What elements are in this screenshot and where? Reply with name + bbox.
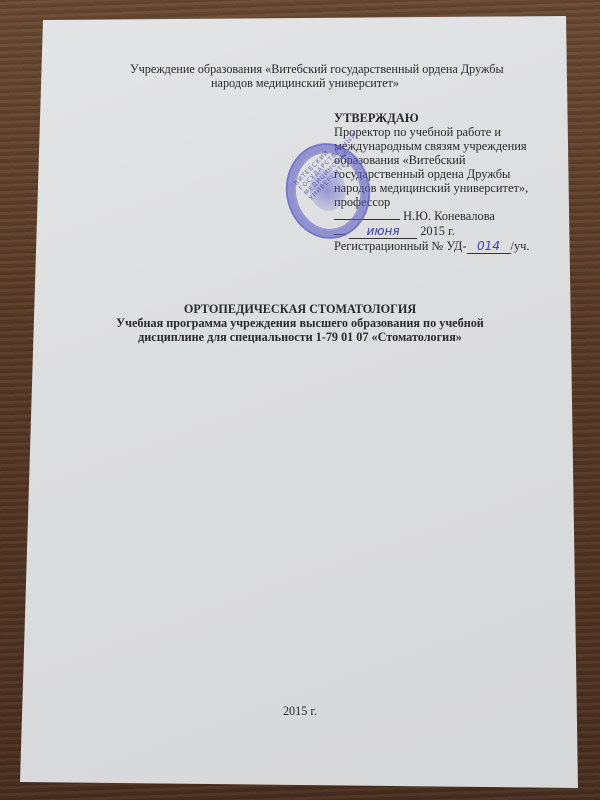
- registration-prefix: Регистрационный № УД-: [334, 239, 467, 253]
- signatory-name: Н.Ю. Коневалова: [403, 209, 495, 223]
- document-subtitle-line-2: дисциплине для специальности 1-79 01 07 …: [110, 330, 490, 344]
- approval-year: 2015 г.: [420, 224, 455, 238]
- document-title: ОРТОПЕДИЧЕСКАЯ СТОМАТОЛОГИЯ: [110, 302, 490, 316]
- institution-line-2: народов медицинский университет»: [130, 76, 480, 90]
- registration-suffix: /уч.: [511, 239, 530, 253]
- registration-line: Регистрационный № УД-014/уч.: [334, 239, 529, 254]
- handwritten-month: июня: [367, 224, 400, 238]
- document-page: [0, 0, 600, 800]
- approval-heading: УТВЕРЖДАЮ: [334, 111, 419, 125]
- registration-number: 014: [477, 239, 500, 253]
- footer-year: 2015 г.: [250, 704, 350, 718]
- document-subtitle-line-1: Учебная программа учреждения высшего обр…: [110, 316, 490, 330]
- institution-line-1: Учреждение образования «Витебский госуда…: [130, 62, 480, 76]
